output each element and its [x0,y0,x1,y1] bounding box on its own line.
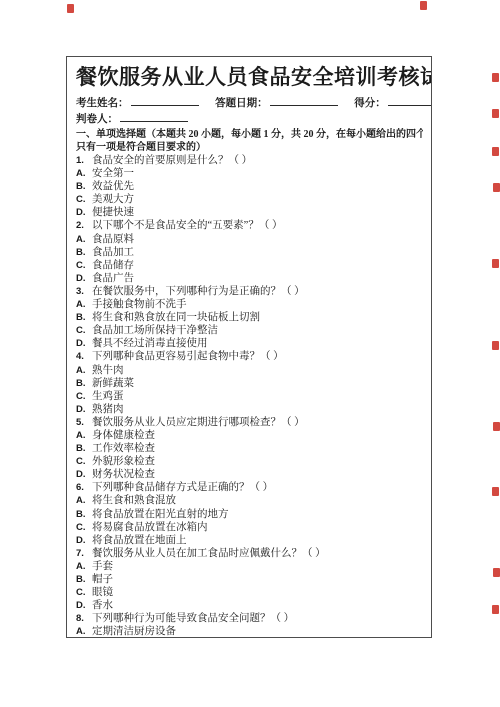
question-line: 1.食品安全的首要原则是什么？（ ） [76,154,423,167]
section-intro: 一、单项选择题（本题共 20 小题，每小题 1 分，共 20 分，在每小题给出的… [76,128,423,154]
option-letter: C. [76,455,89,468]
grader-label: 判卷人： [76,114,118,125]
option-letter: D. [76,599,89,612]
answer-date-blank [270,96,338,106]
questions-list: 1.食品安全的首要原则是什么？（ ）A.安全第一B.效益优先C.美观大方D.便捷… [76,154,423,638]
option-text: 将易腐食品放置在冰箱内 [92,522,208,533]
score-blank [388,96,432,106]
candidate-name-label: 考生姓名： [76,98,129,109]
red-watermark-mark [67,4,74,13]
option-text: 帽子 [92,574,113,585]
question-number: 5. [76,416,89,429]
question-line: 3.在餐饮服务中，下列哪种行为是正确的？（ ） [76,285,423,298]
option-text: 外貌形象检查 [92,456,155,467]
option-text: 食品加工场所保持干净整洁 [92,325,218,336]
option-line: C.食品加工场所保持干净整洁 [76,324,423,337]
option-text: 熟牛肉 [92,365,124,376]
question-line: 2.以下哪个不是食品安全的“五要素”？（ ） [76,219,423,232]
question-line: 5.餐饮服务从业人员应定期进行哪项检查？（ ） [76,416,423,429]
option-letter: B. [76,246,89,259]
option-letter: B. [76,377,89,390]
option-letter: C. [76,259,89,272]
option-letter: C. [76,193,89,206]
option-text: 将食品放置在阳光直射的地方 [92,509,229,520]
option-line: A.手套 [76,560,423,573]
question-line: 8.下列哪种行为可能导致食品安全问题？（ ） [76,612,423,625]
option-line: A.手接触食物前不洗手 [76,298,423,311]
question-text: 下列哪种行为可能导致食品安全问题？（ ） [92,613,294,624]
score-field: 得分： [354,98,432,109]
red-watermark-mark [420,1,427,10]
red-watermark-mark [492,487,499,496]
option-line: D.熟猪肉 [76,403,423,416]
option-text: 食品储存 [92,260,134,271]
option-line: D.餐具不经过消毒直接使用 [76,337,423,350]
option-letter: D. [76,272,89,285]
option-line: A.安全第一 [76,167,423,180]
option-letter: D. [76,337,89,350]
option-letter: D. [76,403,89,416]
option-letter: A. [76,298,89,311]
option-line: A.定期清洁厨房设备 [76,625,423,638]
red-watermark-mark [492,73,499,82]
option-line: B.将生食和熟食放在同一块砧板上切割 [76,311,423,324]
option-text: 生鸡蛋 [92,391,124,402]
option-line: D.食品广告 [76,272,423,285]
option-line: D.便捷快速 [76,206,423,219]
question-line: 6.下列哪种食品储存方式是正确的？（ ） [76,481,423,494]
option-text: 财务状况检查 [92,469,155,480]
question-text: 餐饮服务从业人员应定期进行哪项检查？（ ） [92,417,305,428]
exam-paper-page: { "paper": { "title": "餐饮服务从业人员食品安全培训考核试… [0,0,500,707]
option-text: 工作效率检查 [92,443,155,454]
question-number: 7. [76,547,89,560]
option-text: 美观大方 [92,194,134,205]
candidate-name-field: 考生姓名： [76,98,199,109]
question-text: 以下哪个不是食品安全的“五要素”？（ ） [92,220,282,231]
option-line: D.将食品放置在地面上 [76,534,423,547]
option-letter: A. [76,233,89,246]
question-text: 餐饮服务从业人员在加工食品时应佩戴什么？（ ） [92,548,326,559]
option-text: 餐具不经过消毒直接使用 [92,338,208,349]
option-line: C.食品储存 [76,259,423,272]
option-line: A.食品原料 [76,233,423,246]
option-line: B.将食品放置在阳光直射的地方 [76,508,423,521]
option-letter: A. [76,494,89,507]
option-line: A.将生食和熟食混放 [76,494,423,507]
option-text: 眼镜 [92,587,113,598]
question-text: 下列哪种食品更容易引起食物中毒？（ ） [92,351,284,362]
red-watermark-mark [493,183,500,192]
grader-blank [120,112,188,122]
question-number: 6. [76,481,89,494]
option-text: 将生食和熟食放在同一块砧板上切割 [92,312,260,323]
red-watermark-mark [492,605,499,614]
option-text: 食品加工 [92,247,134,258]
option-text: 将生食和熟食混放 [92,495,176,506]
header-fields-row: 考生姓名： 答题日期： 得分： [76,96,423,112]
option-letter: B. [76,311,89,324]
option-letter: C. [76,586,89,599]
question-number: 8. [76,612,89,625]
option-line: C.将易腐食品放置在冰箱内 [76,521,423,534]
option-text: 食品原料 [92,234,134,245]
option-text: 身体健康检查 [92,430,155,441]
red-watermark-mark [492,109,499,118]
red-watermark-mark [492,341,499,350]
option-letter: C. [76,324,89,337]
exam-paper-border-box: 餐饮服务从业人员食品安全培训考核试卷 考生姓名： 答题日期： 得分： 判卷人： … [66,56,432,638]
red-watermark-mark [492,147,499,156]
option-text: 效益优先 [92,181,134,192]
answer-date-label: 答题日期： [215,98,268,109]
answer-date-field: 答题日期： [215,98,338,109]
question-number: 3. [76,285,89,298]
option-line: B.帽子 [76,573,423,586]
option-letter: C. [76,390,89,403]
option-line: C.外貌形象检查 [76,455,423,468]
option-line: A.熟牛肉 [76,364,423,377]
option-letter: A. [76,429,89,442]
option-text: 将食品放置在地面上 [92,535,187,546]
page-title: 餐饮服务从业人员食品安全培训考核试卷 [76,61,423,91]
option-text: 熟猪肉 [92,404,124,415]
option-line: D.香水 [76,599,423,612]
option-text: 手接触食物前不洗手 [92,299,187,310]
option-line: B.工作效率检查 [76,442,423,455]
option-line: A.身体健康检查 [76,429,423,442]
option-letter: B. [76,508,89,521]
question-line: 7.餐饮服务从业人员在加工食品时应佩戴什么？（ ） [76,547,423,560]
question-text: 食品安全的首要原则是什么？（ ） [92,155,252,166]
option-line: B.效益优先 [76,180,423,193]
question-text: 在餐饮服务中，下列哪种行为是正确的？（ ） [92,286,305,297]
option-text: 手套 [92,561,113,572]
option-letter: A. [76,364,89,377]
red-watermark-mark [493,422,500,431]
question-number: 1. [76,154,89,167]
question-line: 4.下列哪种食品更容易引起食物中毒？（ ） [76,350,423,363]
question-text: 下列哪种食品储存方式是正确的？（ ） [92,482,273,493]
option-text: 食品广告 [92,273,134,284]
option-letter: D. [76,206,89,219]
option-text: 定期清洁厨房设备 [92,626,176,637]
option-line: D.财务状况检查 [76,468,423,481]
question-number: 4. [76,350,89,363]
candidate-name-blank [131,96,199,106]
section-intro-line-1: 一、单项选择题（本题共 20 小题，每小题 1 分，共 20 分，在每小题给出的… [76,128,423,141]
option-line: B.食品加工 [76,246,423,259]
option-letter: C. [76,521,89,534]
red-watermark-mark [492,259,499,268]
option-letter: D. [76,534,89,547]
question-number: 2. [76,219,89,232]
option-text: 香水 [92,600,113,611]
option-letter: A. [76,167,89,180]
option-text: 安全第一 [92,168,134,179]
red-watermark-mark [493,568,500,577]
option-letter: B. [76,573,89,586]
option-text: 便捷快速 [92,207,134,218]
option-text: 新鲜蔬菜 [92,378,134,389]
option-line: C.眼镜 [76,586,423,599]
option-letter: B. [76,180,89,193]
option-letter: D. [76,468,89,481]
section-intro-line-2: 只有一项是符合题目要求的） [76,141,423,154]
option-line: C.生鸡蛋 [76,390,423,403]
option-letter: B. [76,442,89,455]
grader-row: 判卷人： [76,112,423,128]
option-line: C.美观大方 [76,193,423,206]
score-label: 得分： [354,98,386,109]
option-letter: A. [76,625,89,638]
option-letter: A. [76,560,89,573]
option-line: B.新鲜蔬菜 [76,377,423,390]
